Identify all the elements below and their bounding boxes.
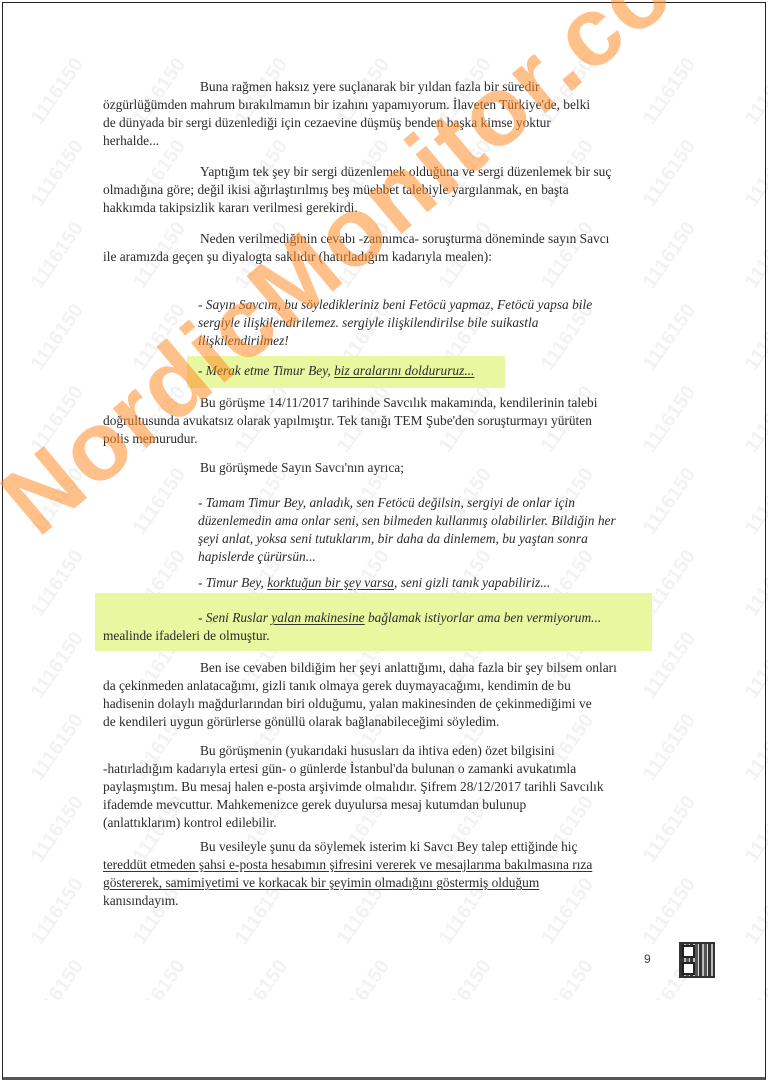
faint-watermark-text: 1116150 — [741, 874, 768, 949]
faint-watermark-text: 1116150 — [27, 136, 89, 211]
q3-line-3: şeyi anlat, yoksa seni tutuklarım, bir d… — [198, 531, 588, 546]
paragraph-7: Ben ise cevaben bildiğim her şeyi anlatt… — [103, 659, 650, 731]
q1-line-1: - Sayın Savcım, bu söyledikleriniz beni … — [198, 297, 592, 312]
faint-watermark-text: 1116150 — [27, 628, 89, 703]
p7-line-3: hadisenin dolaylı mağdurlarından biri ol… — [103, 696, 592, 711]
p4-line-1: Bu görüşme 14/11/2017 tarihinde Savcılık… — [200, 395, 597, 410]
paragraph-4: Bu görüşme 14/11/2017 tarihinde Savcılık… — [103, 394, 650, 448]
faint-watermark-text: 1116150 — [27, 792, 89, 867]
q5-underlined: yalan makinesine — [271, 610, 364, 625]
faint-watermark-text: 1116150 — [741, 54, 768, 129]
p7-line-1: Ben ise cevaben bildiğim her şeyi anlatt… — [200, 660, 617, 675]
quote-3: - Tamam Timur Bey, anladık, sen Fetöcü d… — [198, 494, 650, 566]
faint-watermark-text: 1116150 — [27, 382, 89, 457]
faint-watermark-text: 1116150 — [27, 218, 89, 293]
document-page: 1116150111615011161501116150111615011161… — [0, 0, 768, 1082]
faint-watermark-text: 1116150 — [27, 546, 89, 621]
p1-line-1: Buna rağmen haksız yere suçlanarak bir y… — [200, 79, 539, 94]
p1-line-2: özgürlüğümden mahrum bırakılmamın bir iz… — [103, 97, 590, 112]
q3-line-2: düzenlemedin ama onlar seni, sen bilmede… — [198, 513, 616, 528]
faint-watermark-text: 1116150 — [741, 628, 768, 703]
q2-prefix: - Merak etme Timur Bey, — [198, 363, 334, 378]
q4-prefix: - Timur Bey, — [198, 575, 267, 590]
q1-line-2: sergiyle ilişkilendirilemez. sergiyle il… — [198, 315, 538, 330]
faint-watermark-text: 1116150 — [27, 710, 89, 785]
faint-watermark-text: 1116150 — [741, 300, 768, 375]
paragraph-1: Buna rağmen haksız yere suçlanarak bir y… — [103, 78, 650, 150]
p9-line-4: kanısındayım. — [103, 893, 179, 908]
q2-underlined: biz aralarını doldururuz... — [334, 363, 474, 378]
faint-watermark-text: 1116150 — [741, 136, 768, 211]
faint-watermark-text: 1116150 — [741, 218, 768, 293]
page-number: 9 — [644, 952, 651, 966]
quote-4: - Timur Bey, korktuğun bir şey varsa, se… — [198, 574, 650, 592]
p8-line-4: ifademde mevcuttur. Mahkemenizce gerek d… — [103, 797, 526, 812]
paragraph-3: Neden verilmediğinin cevabı -zannımca- s… — [103, 230, 650, 266]
q3-line-1: - Tamam Timur Bey, anladık, sen Fetöcü d… — [198, 495, 575, 510]
q5-prefix: - Seni Ruslar — [198, 610, 271, 625]
p3-line-1: Neden verilmediğinin cevabı -zannımca- s… — [200, 231, 609, 246]
faint-watermark-text: 1116150 — [27, 874, 89, 949]
p1-line-4: herhalde... — [103, 133, 159, 148]
faint-watermark-text: 1116150 — [231, 956, 293, 1000]
faint-watermark-text: 1116150 — [741, 956, 768, 1000]
p2-line-2: olmadığına göre; değil ikisi ağırlaştırı… — [103, 182, 569, 197]
p7-line-2: da çekinmeden anlatacağımı, gizli tanık … — [103, 678, 571, 693]
faint-watermark-text: 1116150 — [129, 300, 191, 375]
faint-watermark-text: 1116150 — [741, 464, 768, 539]
faint-watermark-text: 1116150 — [129, 956, 191, 1000]
q1-line-3: ilişkilendirilmez! — [198, 333, 289, 348]
faint-watermark-text: 1116150 — [333, 956, 395, 1000]
faint-watermark-text: 1116150 — [741, 792, 768, 867]
p9-line-2: tereddüt etmeden şahsi e-posta hesabımın… — [103, 857, 592, 872]
faint-watermark-text: 1116150 — [27, 464, 89, 539]
paragraph-8: Bu görüşmenin (yukarıdaki hususları da i… — [103, 742, 650, 832]
faint-watermark-text: 1116150 — [27, 54, 89, 129]
paragraph-2: Yaptığım tek şey bir sergi düzenlemek ol… — [103, 163, 650, 217]
p9-line-3: göstererek, samimiyetimi ve korkacak bir… — [103, 875, 539, 890]
quote-1: - Sayın Savcım, bu söyledikleriniz beni … — [198, 296, 650, 350]
p5-line-1: Bu görüşmede Sayın Savcı'nın ayrıca; — [200, 460, 404, 475]
quote-2: - Merak etme Timur Bey, biz aralarını do… — [198, 362, 650, 380]
q4-underlined: korktuğun bir şey varsa — [267, 575, 394, 590]
q4-suffix: , seni gizli tanık yapabiliriz... — [394, 575, 550, 590]
p8-line-3: paylaşmıştım. Bu mesaj halen e-posta arş… — [103, 779, 604, 794]
q3-line-4: hapislerde çürürsün... — [198, 549, 316, 564]
p8-line-2: -hatırladığım kadarıyla ertesi gün- o gü… — [103, 761, 576, 776]
qr-code-icon — [679, 942, 715, 978]
p3-line-2: ile aramızda geçen şu diyalogta saklıdır… — [103, 249, 492, 264]
paragraph-9: Bu vesileyle şunu da söylemek isterim ki… — [103, 838, 650, 910]
p2-line-3: hakkımda takipsizlik kararı verilmesi ge… — [103, 200, 358, 215]
faint-watermark-text: 1116150 — [537, 956, 599, 1000]
faint-watermark-text: 1116150 — [435, 956, 497, 1000]
faint-watermark-text: 1116150 — [741, 382, 768, 457]
p9-line-1: Bu vesileyle şunu da söylemek isterim ki… — [200, 839, 577, 854]
p7-line-4: de kendileri uygun görürlerse gönüllü ol… — [103, 714, 499, 729]
paragraph-6: mealinde ifadeleri de olmuştur. — [103, 627, 650, 645]
p8-line-5: (anlattıklarım) kontrol edilebilir. — [103, 815, 277, 830]
q5-suffix: bağlamak istiyorlar ama ben vermiyorum..… — [365, 610, 602, 625]
p6-line-1: mealinde ifadeleri de olmuştur. — [103, 628, 270, 643]
p8-line-1: Bu görüşmenin (yukarıdaki hususları da i… — [200, 743, 555, 758]
faint-watermark-text: 1116150 — [27, 300, 89, 375]
faint-watermark-text: 1116150 — [741, 546, 768, 621]
p2-line-1: Yaptığım tek şey bir sergi düzenlemek ol… — [200, 164, 611, 179]
faint-watermark-text: 1116150 — [27, 956, 89, 1000]
faint-watermark-text: 1116150 — [741, 710, 768, 785]
p1-line-3: de dünyada bir sergi düzenlediği için ce… — [103, 115, 551, 130]
p4-line-2: doğrultusunda avukatsız olarak yapılmışt… — [103, 413, 592, 428]
quote-5: - Seni Ruslar yalan makinesine bağlamak … — [198, 609, 658, 627]
paragraph-5: Bu görüşmede Sayın Savcı'nın ayrıca; — [103, 459, 650, 477]
p4-line-3: polis memurudur. — [103, 431, 197, 446]
